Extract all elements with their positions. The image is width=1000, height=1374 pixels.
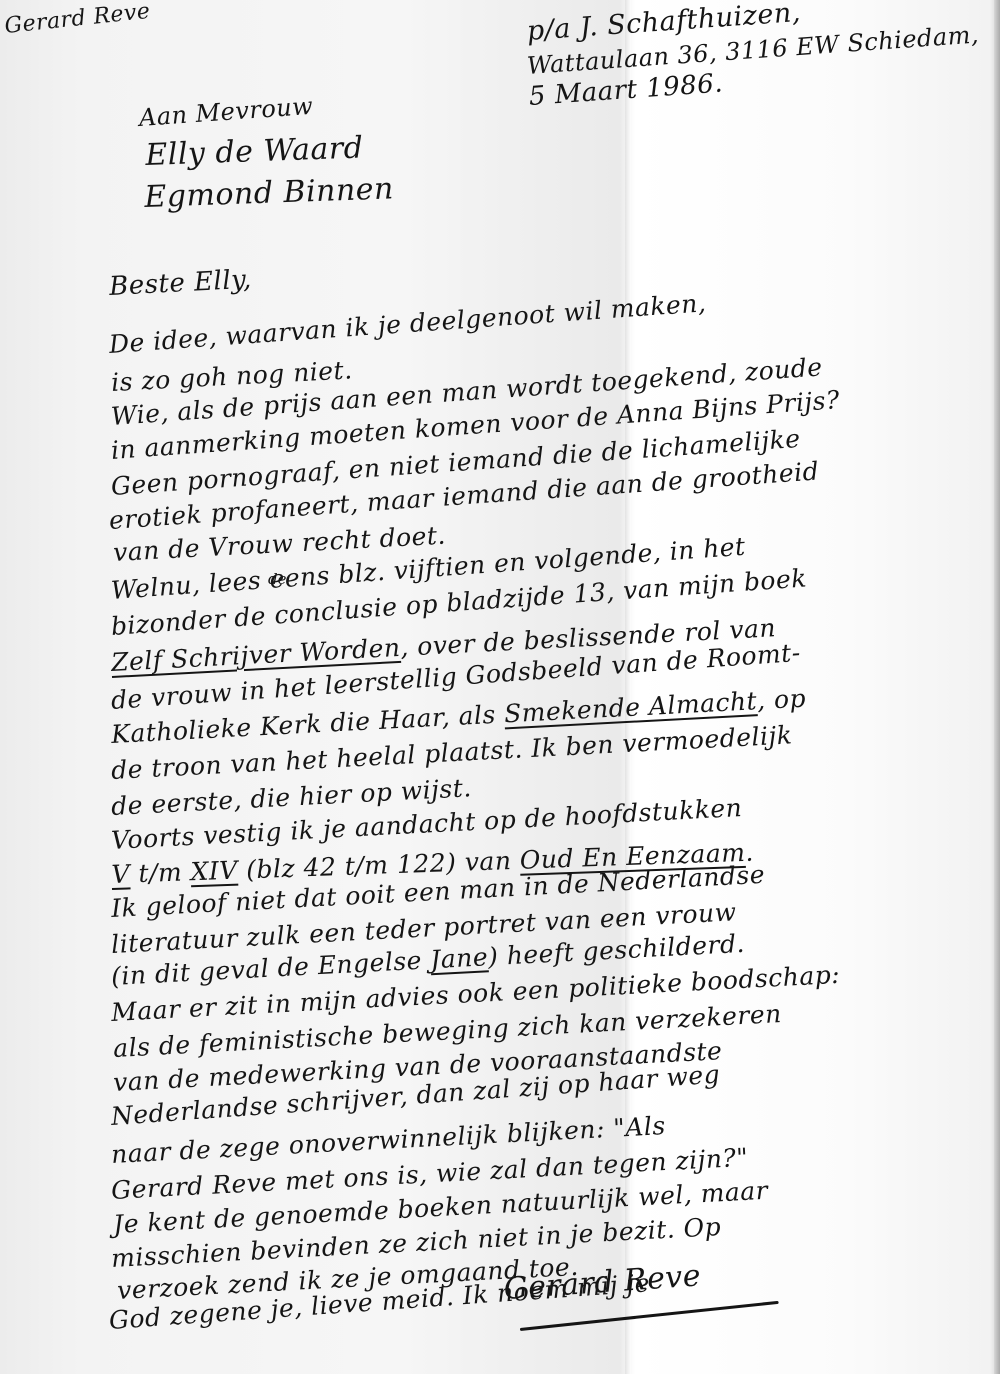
salutation: Beste Elly, [108,265,252,302]
recipient-place: Egmond Binnen [144,171,395,215]
body-line: De idee, waarvan ik je deelgenoot wil ma… [108,288,707,359]
sender-header: Gerard Reve [3,0,151,39]
signature-underline [520,1301,779,1331]
inserted-word: de [268,570,286,588]
letter-sheet: Gerard Reve p/a J. Schafthuizen, Wattaul… [0,0,1000,1374]
underlined-title: Jane [430,942,489,974]
recipient-line1: Aan Mevrouw [138,92,314,132]
paper-edge [994,0,1000,1374]
underlined-title: V [111,859,131,889]
underlined-title: XIV [190,856,238,887]
recipient-name: Elly de Waard [145,130,364,173]
